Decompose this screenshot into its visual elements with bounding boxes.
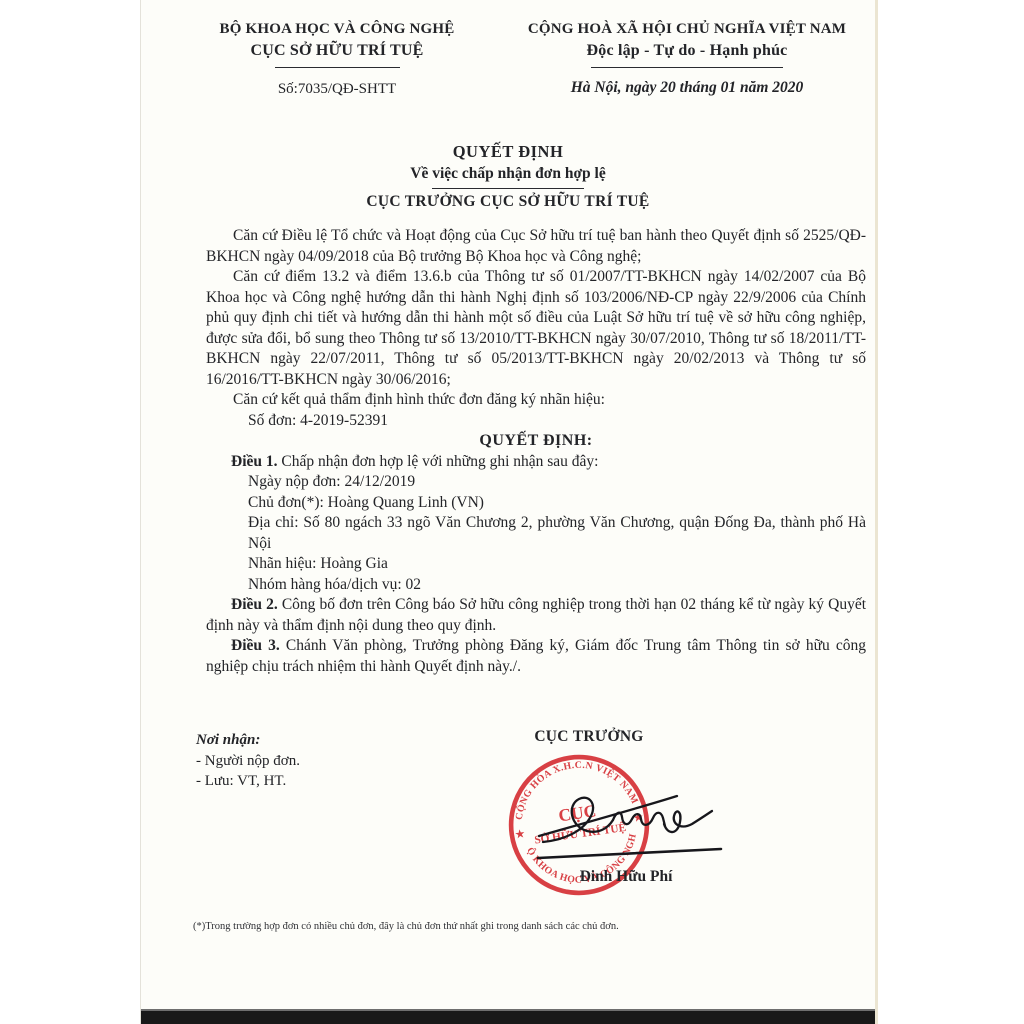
trademark-name: Nhãn hiệu: Hoàng Gia <box>206 554 866 575</box>
decision-heading: QUYẾT ĐỊNH: <box>206 431 866 452</box>
article-3-text: Chánh Văn phòng, Trưởng phòng Đăng ký, G… <box>206 637 866 675</box>
issuing-authority: CỤC TRƯỞNG CỤC SỞ HỮU TRÍ TUỆ <box>141 193 875 211</box>
document-title: QUYẾT ĐỊNH <box>141 142 875 162</box>
place-and-date: Hà Nội, ngày 20 tháng 01 năm 2020 <box>501 79 873 97</box>
handwritten-signature <box>529 786 729 866</box>
preamble-paragraph: Căn cứ Điều lệ Tổ chức và Hoạt động của … <box>206 226 866 267</box>
subtitle-underline <box>432 188 584 189</box>
article-1-text: Chấp nhận đơn hợp lệ với những ghi nhận … <box>281 453 598 470</box>
document-body: Căn cứ Điều lệ Tổ chức và Hoạt động của … <box>206 226 866 677</box>
article-2-label: Điều 2. <box>231 596 278 613</box>
preamble-paragraph: Căn cứ kết quả thẩm định hình thức đơn đ… <box>206 390 866 411</box>
signer-name: Đinh Hữu Phí <box>556 868 696 886</box>
scanned-document-page: BỘ KHOA HỌC VÀ CÔNG NGHỆ CỤC SỞ HỮU TRÍ … <box>140 0 878 1024</box>
footnote: (*)Trong trường hợp đơn có nhiều chủ đơn… <box>193 921 619 932</box>
signer-position-title: CỤC TRƯỞNG <box>519 728 659 746</box>
motto-underline <box>591 67 783 68</box>
recipients-label: Nơi nhận: <box>196 730 300 751</box>
filing-date: Ngày nộp đơn: 24/12/2019 <box>206 472 866 493</box>
national-motto-line2: Độc lập - Tự do - Hạnh phúc <box>501 42 873 60</box>
document-header: BỘ KHOA HỌC VÀ CÔNG NGHỆ CỤC SỞ HỮU TRÍ … <box>141 0 875 98</box>
applicant-address: Địa chỉ: Số 80 ngách 33 ngõ Văn Chương 2… <box>206 513 866 554</box>
applicant-name: Chủ đơn(*): Hoàng Quang Linh (VN) <box>206 493 866 514</box>
recipient-item: - Người nộp đơn. <box>196 751 300 772</box>
recipient-item: - Lưu: VT, HT. <box>196 771 300 792</box>
article-2: Điều 2. Công bố đơn trên Công báo Sở hữu… <box>206 595 866 636</box>
preamble-paragraph: Căn cứ điểm 13.2 và điểm 13.6.b của Thôn… <box>206 267 866 390</box>
article-2-text: Công bố đơn trên Công báo Sở hữu công ng… <box>206 596 866 634</box>
national-motto-block: CỘNG HOÀ XÃ HỘI CHỦ NGHĨA VIỆT NAM Độc l… <box>501 21 873 98</box>
document-title-block: QUYẾT ĐỊNH Về việc chấp nhận đơn hợp lệ … <box>141 142 875 211</box>
agency-name: CỤC SỞ HỮU TRÍ TUỆ <box>201 42 473 60</box>
parent-ministry-name: BỘ KHOA HỌC VÀ CÔNG NGHỆ <box>201 21 473 38</box>
agency-underline <box>275 67 400 68</box>
article-3-label: Điều 3. <box>231 637 280 654</box>
article-3: Điều 3. Chánh Văn phòng, Trưởng phòng Đă… <box>206 636 866 677</box>
goods-service-class: Nhóm hàng hóa/dịch vụ: 02 <box>206 575 866 596</box>
article-1-label: Điều 1. <box>231 453 278 470</box>
recipients-block: Nơi nhận: - Người nộp đơn. - Lưu: VT, HT… <box>196 730 300 792</box>
scan-bottom-edge <box>141 1009 875 1024</box>
document-number: Số:7035/QĐ-SHTT <box>201 81 473 98</box>
document-subtitle: Về việc chấp nhận đơn hợp lệ <box>141 165 875 183</box>
article-1: Điều 1. Chấp nhận đơn hợp lệ với những g… <box>206 452 866 473</box>
issuing-agency-block: BỘ KHOA HỌC VÀ CÔNG NGHỆ CỤC SỞ HỮU TRÍ … <box>201 21 473 98</box>
national-motto-line1: CỘNG HOÀ XÃ HỘI CHỦ NGHĨA VIỆT NAM <box>501 21 873 38</box>
application-number: Số đơn: 4-2019-52391 <box>206 411 866 432</box>
seal-star-left-icon: ★ <box>515 829 526 841</box>
